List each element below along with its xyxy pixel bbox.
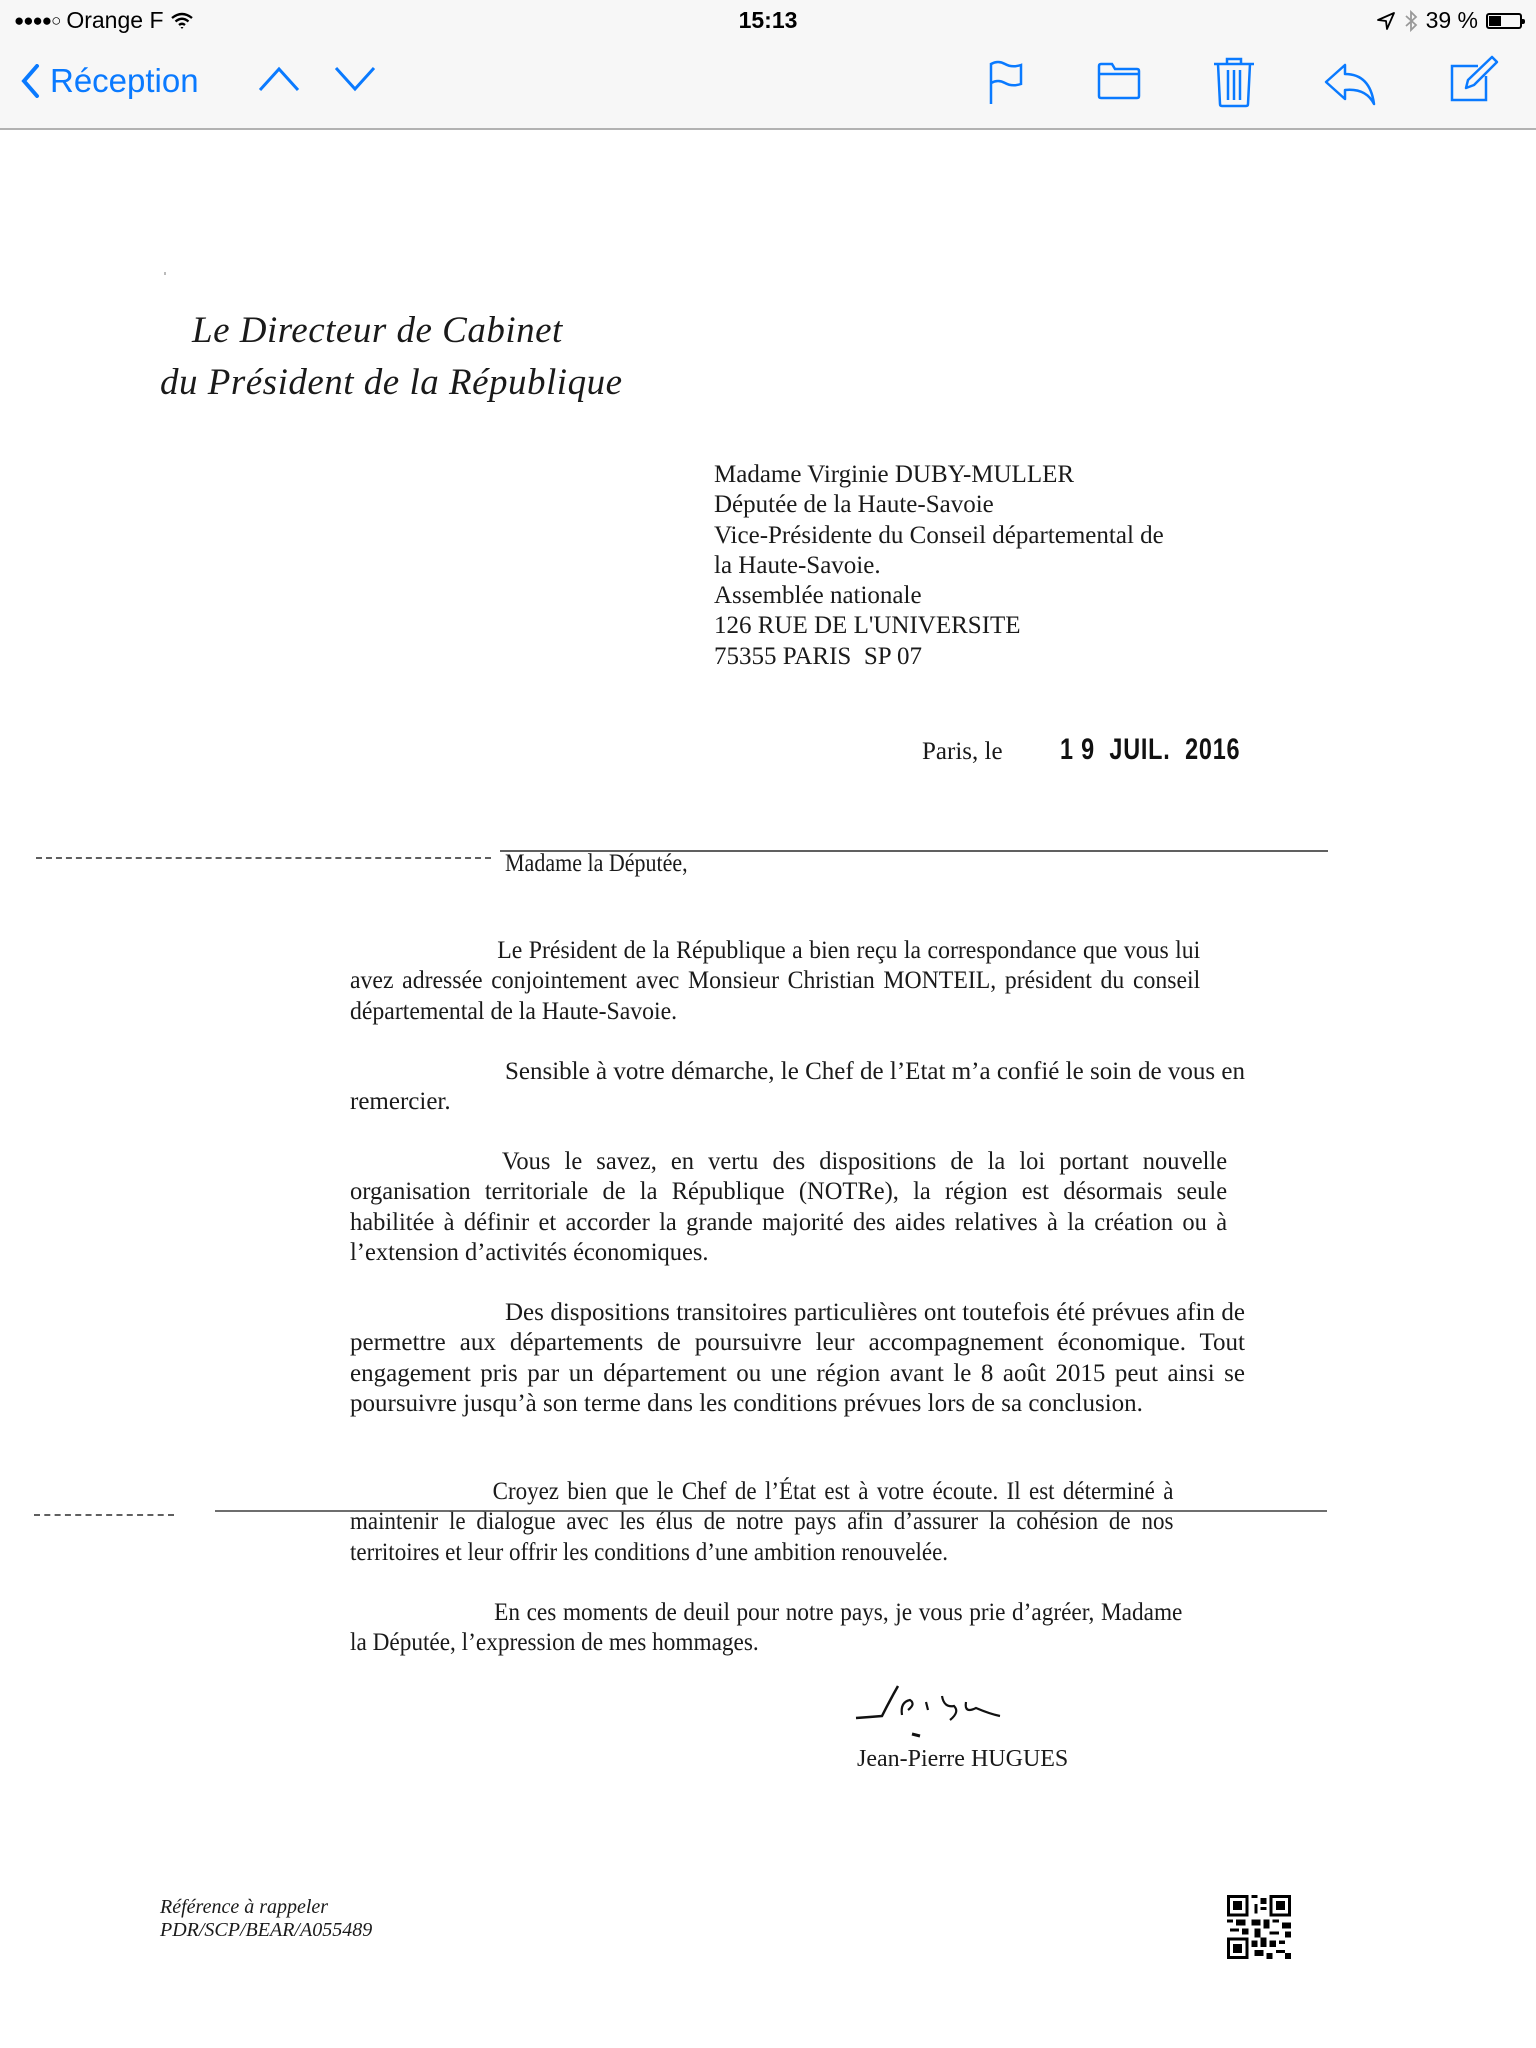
clock: 15:13 bbox=[0, 7, 1536, 34]
address-line: la Haute-Savoie. bbox=[714, 551, 1164, 581]
compose-button[interactable] bbox=[1448, 54, 1500, 104]
flag-button[interactable] bbox=[988, 60, 1024, 106]
paragraph: Des dispositions transitoires particuliè… bbox=[350, 1298, 1245, 1420]
navigation-bar: Réception bbox=[0, 40, 1536, 128]
trash-icon bbox=[1212, 56, 1256, 108]
previous-message-button[interactable] bbox=[258, 66, 300, 92]
chevron-up-icon bbox=[260, 69, 298, 90]
folder-icon bbox=[1096, 60, 1142, 102]
paragraph: Le Président de la République a bien reç… bbox=[350, 936, 1200, 1027]
paragraph: En ces moments de deuil pour notre pays,… bbox=[350, 1598, 1182, 1659]
address-line: 126 RUE DE L'UNIVERSITE bbox=[714, 611, 1164, 641]
address-line: 75355 PARIS SP 07 bbox=[714, 642, 1164, 672]
recipient-address: Madame Virginie DUBY-MULLER Députée de l… bbox=[714, 460, 1164, 672]
move-to-folder-button[interactable] bbox=[1096, 60, 1142, 102]
paragraph: Croyez bien que le Chef de l’État est à … bbox=[350, 1477, 1173, 1568]
qr-code bbox=[1227, 1895, 1291, 1959]
compose-icon bbox=[1448, 54, 1500, 104]
address-line: Vice-Présidente du Conseil départemental… bbox=[714, 521, 1164, 551]
letterhead-line: du Président de la République bbox=[160, 357, 623, 409]
place-label: Paris, le bbox=[922, 738, 1003, 766]
flag-icon bbox=[988, 60, 1024, 106]
fold-line bbox=[34, 1514, 174, 1516]
address-line: Madame Virginie DUBY-MULLER bbox=[714, 460, 1164, 490]
signer-name: Jean-Pierre HUGUES bbox=[857, 1746, 1068, 1773]
reference-block: Référence à rappeler PDR/SCP/BEAR/A05548… bbox=[160, 1896, 372, 1942]
letterhead-line: Le Directeur de Cabinet bbox=[160, 305, 623, 357]
salutation: Madame la Députée, bbox=[505, 850, 688, 878]
letterhead: Le Directeur de Cabinet du Président de … bbox=[160, 305, 623, 409]
paragraph: Sensible à votre démarche, le Chef de l’… bbox=[350, 1057, 1245, 1118]
reply-icon bbox=[1324, 62, 1378, 106]
battery-icon bbox=[1486, 13, 1522, 29]
handwritten-signature bbox=[850, 1682, 1070, 1752]
address-line: Députée de la Haute-Savoie bbox=[714, 490, 1164, 520]
reply-button[interactable] bbox=[1324, 62, 1378, 106]
reference-code: PDR/SCP/BEAR/A055489 bbox=[160, 1919, 372, 1942]
back-label: Réception bbox=[50, 62, 199, 100]
chevron-down-icon bbox=[336, 68, 374, 89]
bluetooth-icon bbox=[1404, 9, 1418, 33]
battery-percent: 39 % bbox=[1426, 7, 1478, 34]
status-bar: ●●●●○ Orange F 15:13 39 % bbox=[0, 0, 1536, 40]
scan-speck bbox=[164, 272, 166, 275]
next-message-button[interactable] bbox=[334, 66, 376, 92]
paragraph: Vous le savez, en vertu des dispositions… bbox=[350, 1147, 1227, 1269]
address-line: Assemblée nationale bbox=[714, 581, 1164, 611]
delete-button[interactable] bbox=[1212, 56, 1256, 108]
chevron-left-icon bbox=[20, 64, 40, 98]
date-stamp: 1 9 JUIL. 2016 bbox=[1060, 733, 1240, 767]
back-button[interactable]: Réception bbox=[20, 62, 199, 100]
location-arrow-icon bbox=[1376, 11, 1396, 31]
battery-fill bbox=[1489, 16, 1501, 26]
fold-line bbox=[36, 857, 491, 859]
reference-label: Référence à rappeler bbox=[160, 1896, 372, 1919]
mail-toolbar: ●●●●○ Orange F 15:13 39 % Réception bbox=[0, 0, 1536, 130]
fold-line bbox=[215, 1510, 1327, 1512]
